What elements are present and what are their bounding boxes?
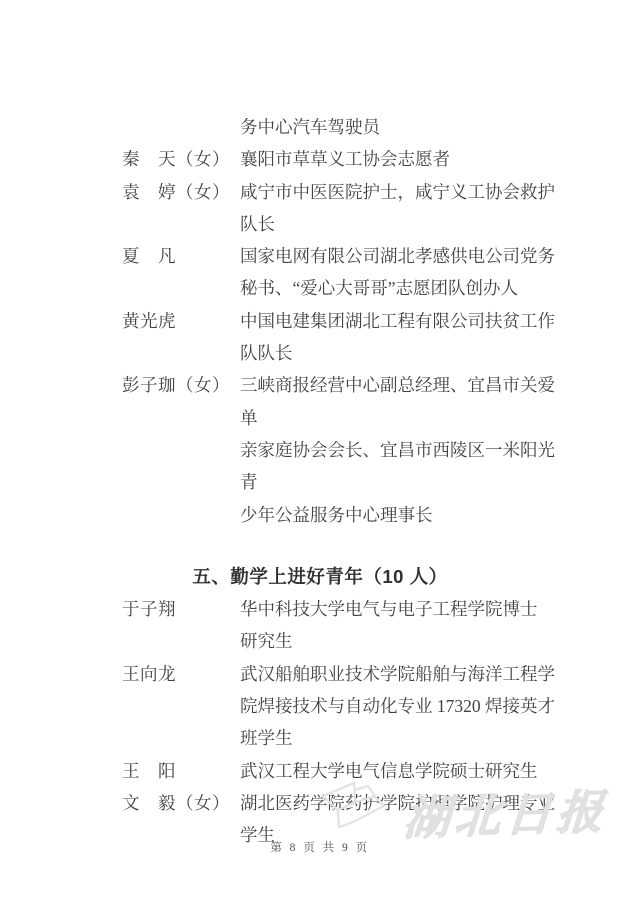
page-footer: 第 8 页 共 9 页 xyxy=(0,839,640,855)
person-name xyxy=(122,111,240,143)
entry-row: 夏 凡 国家电网有限公司湖北孝感供电公司党务 秘书、“爱心大哥哥”志愿团队创办人 xyxy=(0,240,640,305)
person-description: 三峡商报经营中心副总经理、宜昌市关爱单 亲家庭协会会长、宜昌市西陵区一米阳光青 … xyxy=(240,369,558,530)
entry-row: 王 阳 武汉工程大学电气信息学院硕士研究生 xyxy=(0,755,640,787)
person-name: 秦 天（女） xyxy=(122,143,240,175)
entry-row: 黄光虎 中国电建集团湖北工程有限公司扶贫工作 队队长 xyxy=(0,305,640,370)
person-description: 中国电建集团湖北工程有限公司扶贫工作 队队长 xyxy=(240,305,558,370)
document-page: 务中心汽车驾驶员 秦 天（女） 襄阳市草草义工协会志愿者 袁 婷（女） 咸宁市中… xyxy=(0,0,640,905)
person-name: 于子翔 xyxy=(122,593,240,658)
document-body: 务中心汽车驾驶员 秦 天（女） 襄阳市草草义工协会志愿者 袁 婷（女） 咸宁市中… xyxy=(0,111,640,852)
person-name: 王 阳 xyxy=(122,755,240,787)
person-name: 王向龙 xyxy=(122,658,240,755)
person-name: 彭子珈（女） xyxy=(122,369,240,530)
entry-row: 于子翔 华中科技大学电气与电子工程学院博士 研究生 xyxy=(0,593,640,658)
person-description: 武汉船舶职业技术学院船舶与海洋工程学 院焊接技术与自动化专业 17320 焊接英… xyxy=(240,658,558,755)
entry-row: 秦 天（女） 襄阳市草草义工协会志愿者 xyxy=(0,143,640,175)
person-name: 夏 凡 xyxy=(122,240,240,305)
entry-row: 彭子珈（女） 三峡商报经营中心副总经理、宜昌市关爱单 亲家庭协会会长、宜昌市西陵… xyxy=(0,369,640,530)
person-description: 华中科技大学电气与电子工程学院博士 研究生 xyxy=(240,593,558,658)
person-description: 咸宁市中医医院护士，咸宁义工协会救护 队长 xyxy=(240,176,558,241)
person-name: 袁 婷（女） xyxy=(122,176,240,241)
entry-row: 务中心汽车驾驶员 xyxy=(0,111,640,143)
person-name: 黄光虎 xyxy=(122,305,240,370)
section-heading: 五、勤学上进好青年（10 人） xyxy=(0,561,640,593)
entry-row: 王向龙 武汉船舶职业技术学院船舶与海洋工程学 院焊接技术与自动化专业 17320… xyxy=(0,658,640,755)
person-description: 国家电网有限公司湖北孝感供电公司党务 秘书、“爱心大哥哥”志愿团队创办人 xyxy=(240,240,558,305)
person-description: 武汉工程大学电气信息学院硕士研究生 xyxy=(240,755,558,787)
person-description: 襄阳市草草义工协会志愿者 xyxy=(240,143,558,175)
person-description: 务中心汽车驾驶员 xyxy=(240,111,558,143)
entry-row: 袁 婷（女） 咸宁市中医医院护士，咸宁义工协会救护 队长 xyxy=(0,176,640,241)
